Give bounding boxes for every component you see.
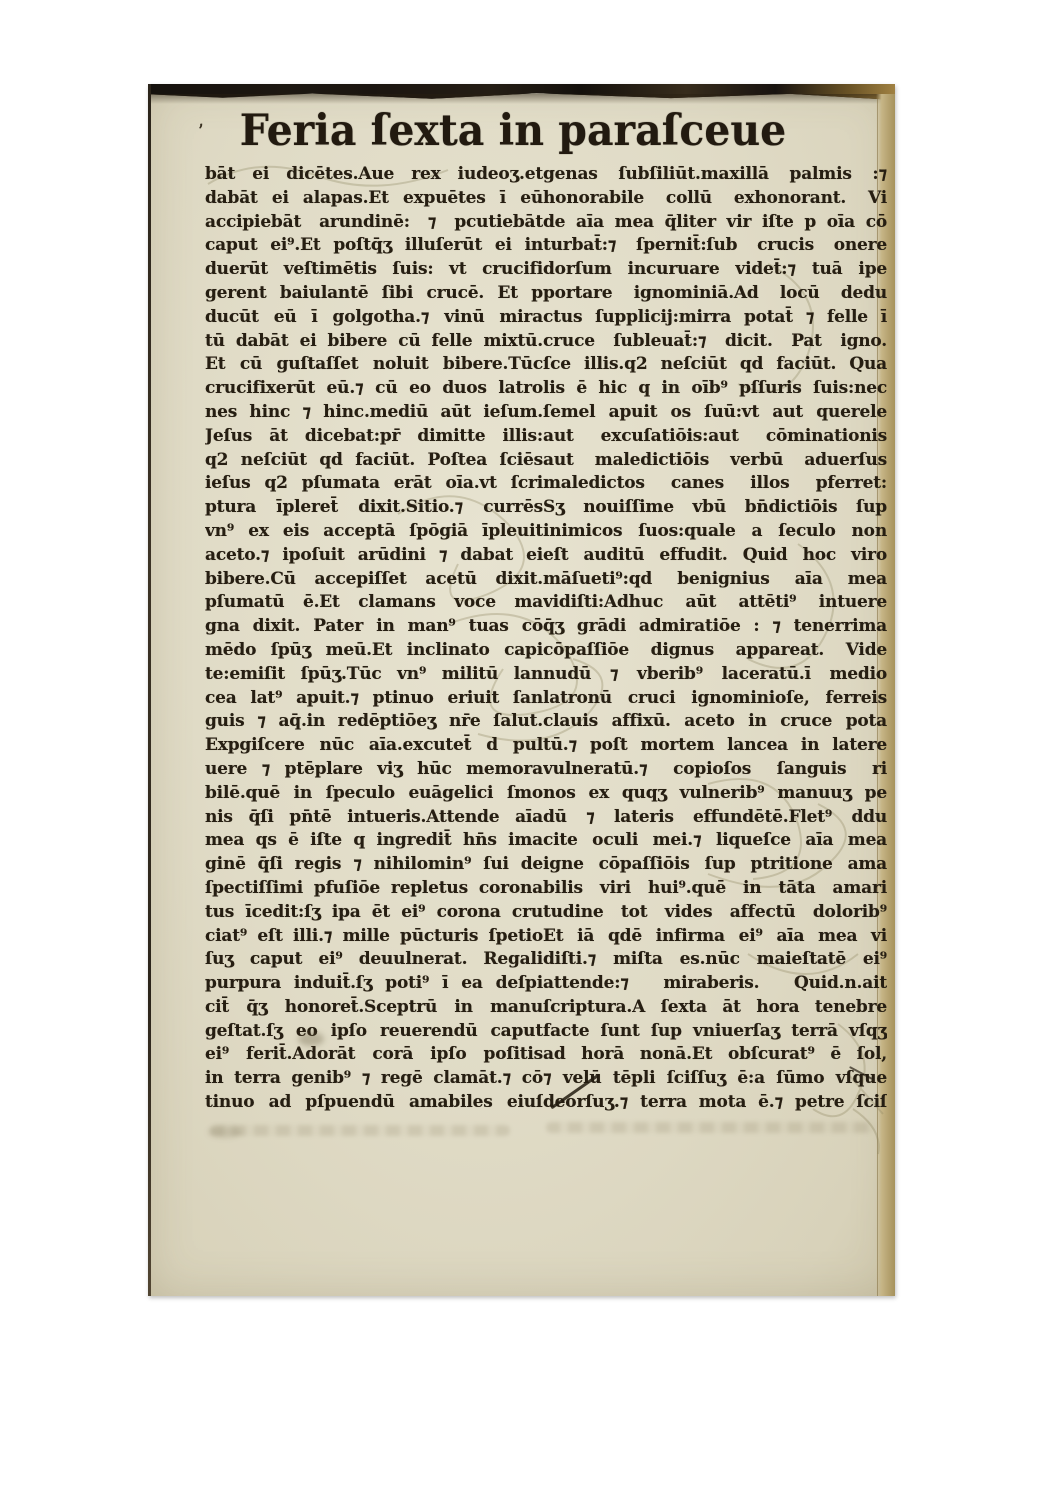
ink-smudge [208, 1126, 242, 1138]
text-line: q2 neſciūt qd faciūt. Poſtea ſciēs [205, 449, 543, 473]
text-line: te:emiſit ſpūʒ.Tūc vn⁹ militū lan [205, 663, 543, 687]
text-line: bibere.Cū accepiſſet acetū dixit. [205, 568, 543, 592]
text-line: Et iā qdē infirma ei⁹ aīa mea vi [543, 925, 887, 949]
text-line: purpura induit̄.ſʒ poti⁹ ī ea deſpi [205, 972, 543, 996]
text-line: ei⁹ ferit̄.Adorāt corā ipſo poſitis [205, 1043, 543, 1067]
text-line: Expgiſcere nūc aīa.excutet̄ d pul [205, 734, 543, 758]
text-column-right: genas ſubſiliūt.maxillā palmis :⁊honorab… [543, 163, 887, 1121]
text-line: attende:⁊ miraberis. Quid.n.ait [543, 972, 887, 996]
text-line: uere ⁊ ptēplare viʒ hūc memora [205, 758, 543, 782]
text-line: pſumatū ē.Et clamans voce ma [205, 591, 543, 615]
text-line: aceto.⁊ ipoſuit arūdini ⁊ dabat ei [205, 544, 543, 568]
text-line: aut excuſatiōis:aut cōminationis [543, 425, 887, 449]
text-line: tinuo ad pſpuendū amabiles eiuſ [205, 1091, 543, 1115]
text-line: caput ei⁹.Et poſtq̄ʒ illuſerūt ei in [205, 234, 543, 258]
text-line: crucifixerūt eū.⁊ cū eo duos latro [205, 377, 543, 401]
text-line: ſcriptura.A ſexta āt hora tenebre [543, 996, 887, 1020]
text-line: facte ſunt ſup vniuerſaʒ terrā vſqʒ [543, 1020, 887, 1044]
book-page-scan: , Feria ſexta in paraſceue bāt ei dicēte… [148, 84, 895, 1296]
text-line: ſuʒ caput ei⁹ deuulnerat. Regali [205, 948, 543, 972]
text-line: gerent baiulantē ſibi crucē. Et p [205, 282, 543, 306]
text-line: mea qs ē iſte q ingredit̄ hn̄s ima [205, 829, 543, 853]
text-line: ginē q̄ſi regis ⁊ nihilomin⁹ ſui de [205, 853, 543, 877]
text-line: nos ex quqʒ vulnerib⁹ manuuʒ pe [543, 782, 887, 806]
text-line: lis ē hic q in oīb⁹ pſſuris ſuis:nec [543, 377, 887, 401]
text-line: latronū cruci ignominioſe, ferreis [543, 687, 887, 711]
text-line: dū ⁊ lateris effundētē.Flet⁹ ddu [543, 806, 887, 830]
text-line: dabāt ei alapas.Et expuētes ī eū [205, 187, 543, 211]
text-line: dorſum incuruare videt̄:⁊ tuā ipe [543, 258, 887, 282]
text-line: ciat⁹ eſt illi.⁊ mille pūcturis ſpetio [205, 925, 543, 949]
text-line: Sʒ nouiſſime vbū bn̄dictiōis ſup [543, 496, 887, 520]
text-line: geſtat.ſʒ eo ipſo reuerendū caput [205, 1020, 543, 1044]
text-line: ptura īpleret̄ dixit.Sitio.⁊ currēs [205, 496, 543, 520]
text-line: ieſus q2 pſumata erāt oīa.vt ſcri [205, 472, 543, 496]
text-column-left: bāt ei dicētes.Aue rex iudeoʒ.etdabāt ei… [205, 163, 543, 1121]
page-title: Feria ſexta in paraſceue [188, 105, 838, 156]
text-line: q̄ʒ grādi admiratiōe : ⁊ tenerrima [543, 615, 887, 639]
text-line: cōpaſſiōe dignus appareat. Vide [543, 639, 887, 663]
text-line: accipiebāt arundinē: ⁊ pcutiebāt [205, 211, 543, 235]
text-line: gna dixit. Pater in man⁹ tuas cō [205, 615, 543, 639]
text-line: genas ſubſiliūt.maxillā palmis :⁊ [543, 163, 887, 187]
text-line: tus īcedit:ſʒ ipa ēt ei⁹ corona cru [205, 901, 543, 925]
text-line: duerūt veſtimētis ſuis: vt crucifi [205, 258, 543, 282]
text-line: bilē.quē in ſpeculo euāgelici ſmo [205, 782, 543, 806]
text-line: portare ignominiā.Ad locū dedu [543, 282, 887, 306]
show-through-text-smudge [546, 1122, 876, 1133]
text-line: bilis viri hui⁹.quē in tāta amari [543, 877, 887, 901]
text-line: ſce illis.q2 neſciūt qd faciūt. Qua [543, 353, 887, 377]
text-line: inimicos ſuos:quale a ſeculo non [543, 520, 887, 544]
text-line: cite oculi mei.⁊ liqueſce aīa mea [543, 829, 887, 853]
text-line: eſt auditū effudit. Quid hoc viro [543, 544, 887, 568]
text-line: deorſuʒ.⁊ terra mota ē.⁊ petre ſciſ [543, 1091, 887, 1115]
binding-edge-line [148, 84, 151, 1296]
text-line: guis ⁊ aq̄.in redēptiōeʒ nr̄e ſalut. [205, 710, 543, 734]
text-line: clauis affixū. aceto in cruce pota [543, 710, 887, 734]
show-through-text-smudge [210, 1125, 510, 1136]
text-line: aut maledictiōis verbū aduerſus [543, 449, 887, 473]
text-line: diſti.⁊ miſta es.nūc maieſtatē ei⁹ [543, 948, 887, 972]
text-line: nis q̄ſi pn̄tē intueris.Attende aīa [205, 806, 543, 830]
text-line: ad horā nonā.Et obſcurat⁹ ē ſol, [543, 1043, 887, 1067]
text-line: mēdo ſpūʒ meū.Et inclinato capi [205, 639, 543, 663]
text-line: cit̄ q̄ʒ honoret̄.Sceptrū in manu [205, 996, 543, 1020]
text-line: māſueti⁹:qd benignius aīa mea [543, 568, 887, 592]
text-line: ctus ſupplicij:mirra potat̄ ⁊ felle ī [543, 306, 887, 330]
text-line: vidiſti:Adhuc aūt attēti⁹ intuere [543, 591, 887, 615]
text-line: tū.⁊ poſt mortem lancea in latere [543, 734, 887, 758]
text-line: maledictos canes illos pferret: [543, 472, 887, 496]
text-line: Jeſus āt dicebat:pr̄ dimitte illis: [205, 425, 543, 449]
text-line: cruce ſubleuat̄:⁊ dicit. Pat igno. [543, 330, 887, 354]
text-line: Et cū guſtaſſet noluit bibere.Tūc [205, 353, 543, 377]
text-line: vulneratū.⁊ copioſos ſanguis ri [543, 758, 887, 782]
text-line: ſpectiſſimi pfuſiōe repletus corona [205, 877, 543, 901]
text-line: ducūt eū ī golgotha.⁊ vinū mira [205, 306, 543, 330]
text-line: vn⁹ ex eis acceptā ſpōgiā īpleuit [205, 520, 543, 544]
text-line: in terra genib⁹ ⁊ regē clamāt.⁊ cō [205, 1067, 543, 1091]
text-line: de aīa mea q̄liter vir iſte p oīa cō [543, 211, 887, 235]
text-line: honorabile collū exhonorant. Vi [543, 187, 887, 211]
text-line: nudū ⁊ vberib⁹ laceratū.ī medio [543, 663, 887, 687]
text-line: bāt ei dicētes.Aue rex iudeoʒ.et [205, 163, 543, 187]
text-line: cea lat⁹ apuit.⁊ ptinuo eriuit ſan [205, 687, 543, 711]
leaf-edge-shadow [148, 94, 895, 104]
text-line: tudine tot vides affectū dolorib⁹ [543, 901, 887, 925]
ink-smudge [298, 1032, 324, 1046]
text-line: nes hinc ⁊ hinc.mediū aūt ieſum. [205, 401, 543, 425]
text-line: tū dabāt ei bibere cū felle mixtū. [205, 330, 543, 354]
text-line: igne cōpaſſiōis ſup ptritione ama [543, 853, 887, 877]
text-line: ſemel apuit os ſuū:vt aut querele [543, 401, 887, 425]
text-line: turbat̄:⁊ ſpernit̄:ſub crucis onere [543, 234, 887, 258]
